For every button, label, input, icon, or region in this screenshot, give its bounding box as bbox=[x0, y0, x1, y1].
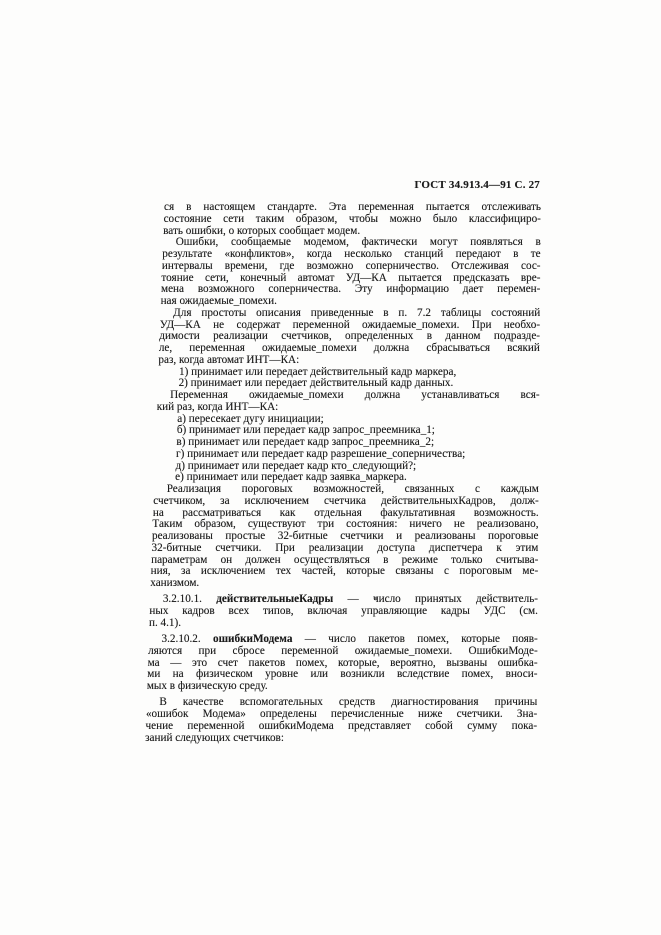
text-line: 3.2.10.2. ошибкиМодема — число пакетов п… bbox=[149, 634, 538, 646]
text-line: ляются при сбросе переменной ожидаемые_п… bbox=[148, 646, 538, 658]
text-line: раз, когда автомат ИНТ—КА: bbox=[158, 355, 539, 367]
text-line: ная ожидаемые_помехи. bbox=[161, 296, 541, 308]
text-line: реализованы простые 32-битные счетчики и… bbox=[152, 531, 539, 543]
text-line: ных кадров всех типов, включая управляющ… bbox=[149, 606, 538, 618]
text-line: кий раз, когда ИНТ—КА: bbox=[157, 402, 540, 414]
page-header: ГОСТ 34.913.4—91 С. 27 bbox=[0, 179, 540, 191]
text-line: ле, переменная ожидаемые_помехи должна с… bbox=[159, 343, 540, 355]
text-line: ханизмом. bbox=[150, 578, 538, 590]
text-line: чение переменной ошибкиМодема представля… bbox=[146, 721, 538, 733]
scan-speck bbox=[312, 599, 313, 600]
term-text: 3.2.10.2. bbox=[162, 633, 213, 645]
term-text: — число принятых действитель- bbox=[333, 593, 538, 605]
document-body: ся в настоящем стандарте. Эта переменная… bbox=[164, 202, 541, 744]
text-line: состояние сети таким образом, чтобы можн… bbox=[164, 214, 541, 226]
text-line: счетчиком, за исключением счетчика дейст… bbox=[153, 496, 539, 508]
text-line: в) принимает или передает кадр запрос_пр… bbox=[155, 437, 560, 449]
text-line: Для простоты описания приведенные в п. 7… bbox=[160, 308, 540, 320]
text-line: г) принимает или передает кадр разрешени… bbox=[155, 449, 560, 461]
text-line: интервалы времени, где возможно сопернич… bbox=[162, 261, 541, 273]
term-text: 3.2.10.1. bbox=[163, 593, 216, 605]
text-line: ся в настоящем стандарте. Эта переменная… bbox=[164, 202, 541, 214]
scanned-document-page: ГОСТ 34.913.4—91 С. 27 ся в настоящем ст… bbox=[0, 0, 661, 935]
term-bold: действительныеКадры bbox=[216, 593, 333, 605]
text-line: Переменная ожидаемые_помехи должна устан… bbox=[157, 390, 539, 402]
text-line: результате «конфликтов», когда несколько… bbox=[162, 249, 540, 261]
text-line: Реализация пороговых возможностей, связа… bbox=[154, 484, 539, 496]
scan-speck bbox=[375, 597, 377, 599]
text-line: 32-битные счетчики. При реализации досту… bbox=[152, 543, 539, 555]
text-line: ния, за исключением тех частей, которые … bbox=[151, 566, 539, 578]
term-text: — число пакетов помех, которые появ- bbox=[292, 633, 537, 645]
text-line: «ошибок Модема» определены перечисленные… bbox=[146, 709, 537, 721]
term-bold: ошибкиМодема bbox=[213, 633, 292, 645]
text-line: мых в физическую среду. bbox=[147, 681, 538, 693]
text-line: заний следующих счетчиков: bbox=[145, 733, 537, 745]
text-line: п. 4.1). bbox=[149, 618, 538, 630]
